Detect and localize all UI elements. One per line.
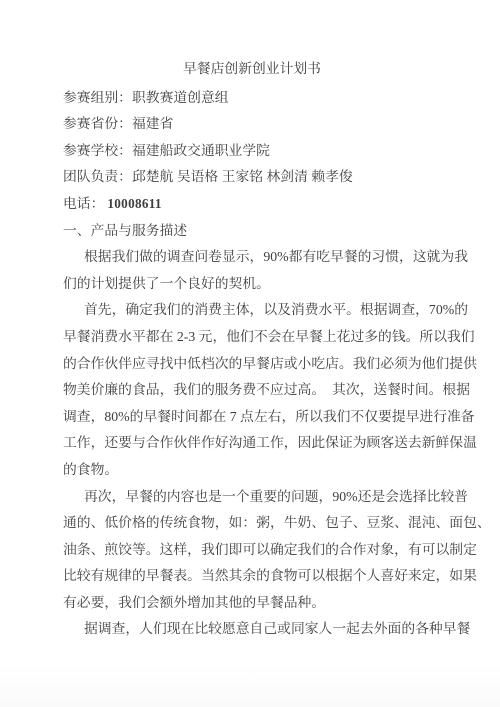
- phone-line: 电话：10008611: [63, 191, 441, 218]
- document-content: 早餐店创新创业计划书 参赛组别：职教赛道创意组 参赛省份：福建省 参赛学校：福建…: [0, 0, 500, 643]
- paragraphs: 根据我们做的调查问卷显示，90%都有吃早餐的习惯，这就为我们的计划提供了一个良好…: [63, 244, 441, 643]
- phone-number: 10008611: [107, 196, 161, 211]
- text-line: 根据我们做的调查问卷显示，90%都有吃早餐的习惯，这就为我: [63, 244, 441, 271]
- phone-label: 电话：: [63, 196, 104, 211]
- document-title: 早餐店创新创业计划书: [63, 56, 441, 83]
- meta-line-group: 参赛组别：职教赛道创意组: [63, 85, 441, 112]
- meta-line-school: 参赛学校：福建船政交通职业学院: [63, 138, 441, 165]
- text-line: 比较有规律的早餐表。当然其余的食物可以根据个人喜好来定，如果: [63, 563, 441, 590]
- text-line: 首先，确定我们的消费主体，以及消费水平。根据调查，70%的: [63, 297, 441, 324]
- text-line: 物美价廉的食品，我们的服务费不应过高。 其次，送餐时间。根据: [63, 377, 441, 404]
- text-line: 的合作伙伴应寻找中低档次的早餐店或小吃店。我们必须为他们提供: [63, 351, 441, 378]
- text-line: 通的、低价格的传统食物，如：粥，牛奶、包子、豆浆、混沌、面包、: [63, 510, 441, 537]
- text-line: 工作，还要与合作伙伴作好沟通工作，因此保证为顾客送去新鲜保温: [63, 430, 441, 457]
- text-line: 有必要，我们会额外增加其他的早餐品种。: [63, 590, 441, 617]
- text-line: 再次，早餐的内容也是一个重要的问题，90%还是会选择比较普: [63, 484, 441, 511]
- text-line: 早餐消费水平都在 2-3 元，他们不会在早餐上花过多的钱。所以我们: [63, 324, 441, 351]
- text-line: 油条、煎饺等。这样，我们即可以确定我们的合作对象，有可以制定: [63, 537, 441, 564]
- meta-line-team: 团队负责：邱楚航 吴语格 王家铭 林剑清 赖孝俊: [63, 164, 441, 191]
- text-line: 们的计划提供了一个良好的契机。: [63, 271, 441, 298]
- text-line: 据调查，人们现在比较愿意自己或同家人一起去外面的各种早餐: [63, 616, 441, 643]
- text-line: 的食物。: [63, 457, 441, 484]
- meta-line-province: 参赛省份：福建省: [63, 111, 441, 138]
- section-heading: 一、产品与服务描述: [63, 218, 441, 245]
- text-line: 调查，80%的早餐时间都在 7 点左右，所以我们不仅要提早进行准备: [63, 404, 441, 431]
- document-page: 早餐店创新创业计划书 参赛组别：职教赛道创意组 参赛省份：福建省 参赛学校：福建…: [0, 0, 500, 707]
